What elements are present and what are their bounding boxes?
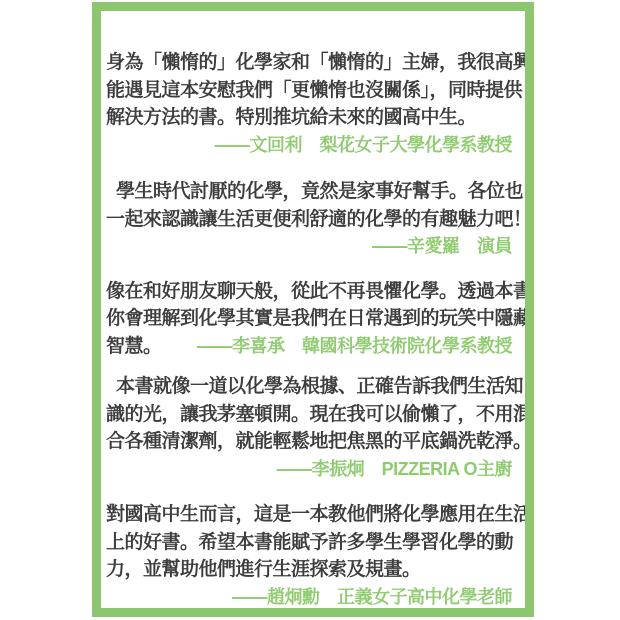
- quote-attribution: ——文回利 梨花女子大學化學系教授: [106, 132, 518, 160]
- quote-line: 像在和好朋友聊天般，從此不再畏懼化學。透過本書，: [106, 278, 518, 306]
- quote-line: 識的光，讓我茅塞頓開。現在我可以偷懶了，不用混: [106, 401, 518, 429]
- quote-line: 本書就像一道以化學為根據、正確告訴我們生活知: [106, 373, 518, 401]
- quote-block-4: 本書就像一道以化學為根據、正確告訴我們生活知 識的光，讓我茅塞頓開。現在我可以偷…: [106, 373, 518, 483]
- quote-line: 上的好書。希望本書能賦予許多學生學習化學的動: [106, 529, 518, 557]
- quote-line: 身為「懶惰的」化學家和「懶惰的」主婦，我很高興: [106, 49, 518, 77]
- page-frame: 身為「懶惰的」化學家和「懶惰的」主婦，我很高興 能遇見這本安慰我們「更懶惰也沒關…: [92, 2, 534, 617]
- quote-line: 合各種清潔劑，就能輕鬆地把焦黑的平底鍋洗乾淨。: [106, 428, 518, 456]
- quote-line: 力，並幫助他們進行生涯探索及規畫。: [106, 556, 518, 584]
- quote-attribution: ——趙炯勳 正義女子高中化學老師: [106, 584, 518, 612]
- quote-line: 一起來認識讓生活更便利舒適的化學的有趣魅力吧！: [106, 206, 518, 234]
- quote-block-1: 身為「懶惰的」化學家和「懶惰的」主婦，我很高興 能遇見這本安慰我們「更懶惰也沒關…: [106, 49, 518, 159]
- quote-attribution: ——李振炯 PIZZERIA O主廚: [106, 456, 518, 484]
- quote-last-line-row: 智慧。 ——李喜承 韓國科學技術院化學系教授: [106, 333, 518, 361]
- quote-line: 解決方法的書。特別推坑給未來的國高中生。: [106, 104, 518, 132]
- quote-block-5: 對國高中生而言，這是一本教他們將化學應用在生活 上的好書。希望本書能賦予許多學生…: [106, 501, 518, 611]
- quote-line: 智慧。: [106, 333, 162, 361]
- quote-attribution: ——李喜承 韓國科學技術院化學系教授: [197, 333, 518, 361]
- quote-line: 你會理解到化學其實是我們在日常遇到的玩笑中隱藏的: [106, 305, 518, 333]
- quote-line: 對國高中生而言，這是一本教他們將化學應用在生活: [106, 501, 518, 529]
- quote-line: 能遇見這本安慰我們「更懶惰也沒關係」，同時提供: [106, 77, 518, 105]
- book-endorsements-page: 身為「懶惰的」化學家和「懶惰的」主婦，我很高興 能遇見這本安慰我們「更懶惰也沒關…: [0, 0, 620, 620]
- quote-attribution: ——辛愛羅 演員: [106, 233, 518, 261]
- quote-block-2: 學生時代討厭的化學，竟然是家事好幫手。各位也 一起來認識讓生活更便利舒適的化學的…: [106, 178, 518, 261]
- quote-line: 學生時代討厭的化學，竟然是家事好幫手。各位也: [106, 178, 518, 206]
- quote-block-3: 像在和好朋友聊天般，從此不再畏懼化學。透過本書， 你會理解到化學其實是我們在日常…: [106, 278, 518, 361]
